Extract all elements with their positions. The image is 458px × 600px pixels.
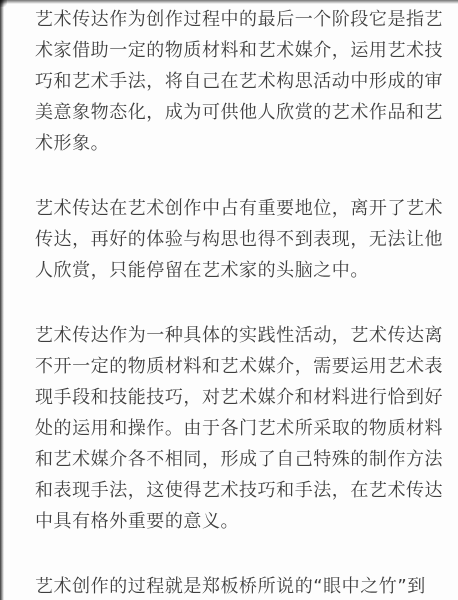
text-line: 中具有格外重要的意义。 xyxy=(35,506,446,537)
paragraph-zheng-banqiao-quote: 艺术创作的过程就是郑板桥所说的“眼中之竹”到 xyxy=(35,571,446,600)
text-line: 处的运用和操作。由于各门艺术所采取的物质材料 xyxy=(35,413,446,444)
text-line: 术家借助一定的物质材料和艺术媒介，运用艺术技 xyxy=(35,35,446,66)
text-line: 人欣赏，只能停留在艺术家的头脑之中。 xyxy=(35,255,446,286)
text-line: 和艺术媒介各不相同，形成了自己特殊的制作方法 xyxy=(35,444,446,475)
text-line: 现手段和技能技巧，对艺术媒介和材料进行恰到好 xyxy=(35,382,446,413)
text-line: 美意象物态化，成为可供他人欣赏的艺术作品和艺 xyxy=(35,97,446,128)
text-line: 艺术创作的过程就是郑板桥所说的“眼中之竹”到 xyxy=(35,571,446,600)
text-line: 和表现手法，这使得艺术技巧和手法，在艺术传达 xyxy=(35,475,446,506)
text-line: 不开一定的物质材料和艺术媒介，需要运用艺术表 xyxy=(35,351,446,382)
paragraph-art-conveyance-importance: 艺术传达在艺术创作中占有重要地位，离开了艺术 传达，再好的体验与构思也得不到表现… xyxy=(35,193,446,286)
text-line: 艺术传达在艺术创作中占有重要地位，离开了艺术 xyxy=(35,193,446,224)
paragraph-art-conveyance-practice: 艺术传达作为一种具体的实践性活动，艺术传达离 不开一定的物质材料和艺术媒介，需要… xyxy=(35,320,446,537)
document-page: 艺术传达作为创作过程中的最后一个阶段它是指艺 术家借助一定的物质材料和艺术媒介，… xyxy=(0,0,458,600)
text-line: 术形象。 xyxy=(35,128,446,159)
paragraph-art-conveyance-definition: 艺术传达作为创作过程中的最后一个阶段它是指艺 术家借助一定的物质材料和艺术媒介，… xyxy=(35,4,446,159)
text-line: 传达，再好的体验与构思也得不到表现，无法让他 xyxy=(35,224,446,255)
text-line: 艺术传达作为一种具体的实践性活动，艺术传达离 xyxy=(35,320,446,351)
text-line: 巧和艺术手法，将自己在艺术构思活动中形成的审 xyxy=(35,66,446,97)
text-line: 艺术传达作为创作过程中的最后一个阶段它是指艺 xyxy=(35,4,446,35)
